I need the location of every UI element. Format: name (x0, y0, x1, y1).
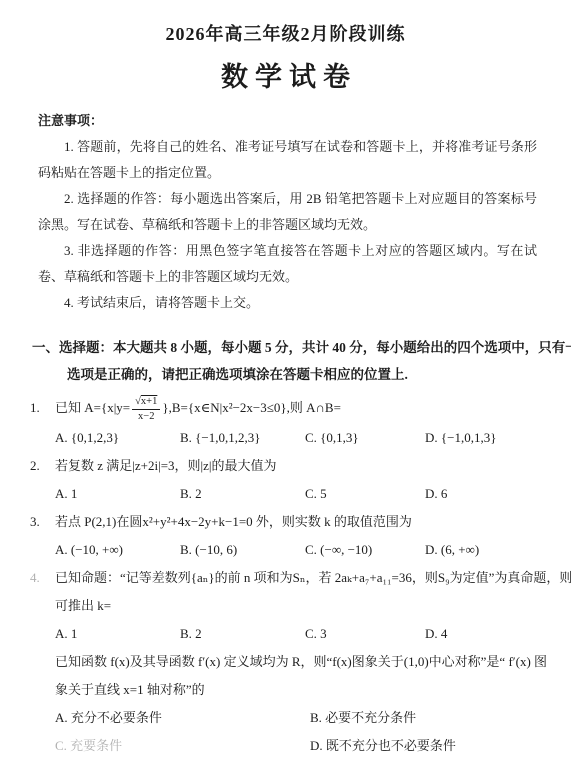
question-2-option-c: C. 5 (305, 480, 425, 508)
question-2-options: A. 1 B. 2 C. 5 D. 6 (55, 480, 571, 508)
question-3-stem-text: 若点 P(2,1)在圆x²+y²+4x−2y+k−1=0 外，则实数 k 的取值… (55, 514, 412, 529)
fraction: √x+1x−2 (132, 396, 160, 423)
question-4-stem-text-2: 可推出 k= (55, 598, 111, 613)
question-4-stem-text-1: 已知命题：“记等差数列{aₙ}的前 n 项和为Sₙ，若 2aₖ+a₇+a₁₁=3… (55, 570, 571, 585)
question-2-number: 2. (30, 452, 55, 480)
question-4-option-d: D. 4 (425, 620, 571, 648)
exam-paper-page: 2026年高三年级2月阶段训练 数学试卷 注意事项： 1. 答题前，先将自己的姓… (0, 0, 571, 762)
question-1-options: A. {0,1,2,3} B. {−1,0,1,2,3} C. {0,1,3} … (55, 424, 571, 452)
question-5-stem-line-2: 象关于直线 x=1 轴对称”的 (30, 676, 571, 704)
question-1-stem-post: },B={x∈N|x²−2x−3≤0},则 A∩B= (162, 400, 341, 415)
question-4-number: 4. (30, 564, 55, 592)
question-3-option-d: D. (6, +∞) (425, 536, 571, 564)
question-2-option-d: D. 6 (425, 480, 571, 508)
question-5-options: A. 充分不必要条件 B. 必要不充分条件 C. 充要条件 D. 既不充分也不必… (55, 704, 571, 760)
question-3-number: 3. (30, 508, 55, 536)
section-one-heading: 一、选择题：本大题共 8 小题，每小题 5 分，共计 40 分，每小题给出的四个… (32, 334, 541, 388)
question-1-option-d: D. {−1,0,1,3} (425, 424, 571, 452)
question-2-stem-text: 若复数 z 满足|z+2i|=3，则|z|的最大值为 (55, 458, 277, 473)
question-1: 1.已知 A={x|y=√x+1x−2},B={x∈N|x²−2x−3≤0},则… (30, 392, 571, 452)
exam-title: 2026年高三年级2月阶段训练 (0, 20, 571, 46)
question-5-option-a: A. 充分不必要条件 (55, 704, 310, 732)
notice-item-1: 1. 答题前，先将自己的姓名、准考证号填写在试卷和答题卡上，并将准考证号条形码粘… (38, 134, 537, 186)
radicand: x+1 (141, 396, 157, 407)
section-heading-line-1: 一、选择题：本大题共 8 小题，每小题 5 分，共计 40 分，每小题给出的四个… (32, 334, 541, 361)
fraction-numerator: √x+1 (132, 396, 160, 410)
question-3-option-c: C. (−∞, −10) (305, 536, 425, 564)
question-4-option-c: C. 3 (305, 620, 425, 648)
section-heading-line-2: 选项是正确的，请把正确选项填涂在答题卡相应的位置上. (32, 361, 541, 388)
notice-item-4: 4. 考试结束后，请将答题卡上交。 (38, 290, 537, 316)
question-4-option-b: B. 2 (180, 620, 305, 648)
question-4-stem-line-2: 可推出 k= (30, 592, 571, 620)
question-1-option-b: B. {−1,0,1,2,3} (180, 424, 305, 452)
question-2-option-b: B. 2 (180, 480, 305, 508)
question-3-option-a: A. (−10, +∞) (55, 536, 180, 564)
question-3-options: A. (−10, +∞) B. (−10, 6) C. (−∞, −10) D.… (55, 536, 571, 564)
question-2: 2.若复数 z 满足|z+2i|=3，则|z|的最大值为 A. 1 B. 2 C… (30, 452, 571, 508)
notices-section: 注意事项： 1. 答题前，先将自己的姓名、准考证号填写在试卷和答题卡上，并将准考… (38, 108, 537, 316)
question-5-option-b: B. 必要不充分条件 (310, 704, 571, 732)
question-5-stem-line-1: 已知函数 f(x)及其导函数 f′(x) 定义域均为 R，则“f(x)图象关于(… (30, 648, 571, 676)
notice-item-3: 3. 非选择题的作答：用黑色签字笔直接答在答题卡上对应的答题区域内。写在试卷、草… (38, 238, 537, 290)
fraction-denominator: x−2 (132, 410, 160, 423)
question-list: 1.已知 A={x|y=√x+1x−2},B={x∈N|x²−2x−3≤0},则… (30, 392, 571, 760)
notice-item-2: 2. 选择题的作答：每小题选出答案后，用 2B 铅笔把答题卡上对应题目的答案标号… (38, 186, 537, 238)
question-1-stem-pre: 已知 A={x|y= (55, 400, 130, 415)
question-2-stem: 2.若复数 z 满足|z+2i|=3，则|z|的最大值为 (30, 452, 571, 480)
question-3-stem: 3.若点 P(2,1)在圆x²+y²+4x−2y+k−1=0 外，则实数 k 的… (30, 508, 571, 536)
question-5-stem-text-2: 象关于直线 x=1 轴对称”的 (55, 682, 205, 697)
question-3: 3.若点 P(2,1)在圆x²+y²+4x−2y+k−1=0 外，则实数 k 的… (30, 508, 571, 564)
question-4-stem-line-1: 4.已知命题：“记等差数列{aₙ}的前 n 项和为Sₙ，若 2aₖ+a₇+a₁₁… (30, 564, 571, 592)
question-1-option-c: C. {0,1,3} (305, 424, 425, 452)
question-5: 已知函数 f(x)及其导函数 f′(x) 定义域均为 R，则“f(x)图象关于(… (30, 648, 571, 760)
question-5-option-c: C. 充要条件 (55, 732, 310, 760)
question-5-option-d: D. 既不充分也不必要条件 (310, 732, 571, 760)
question-4-options: A. 1 B. 2 C. 3 D. 4 (55, 620, 571, 648)
question-5-stem-text-1: 已知函数 f(x)及其导函数 f′(x) 定义域均为 R，则“f(x)图象关于(… (55, 654, 547, 669)
question-3-option-b: B. (−10, 6) (180, 536, 305, 564)
question-4-option-a: A. 1 (55, 620, 180, 648)
question-2-option-a: A. 1 (55, 480, 180, 508)
question-4: 4.已知命题：“记等差数列{aₙ}的前 n 项和为Sₙ，若 2aₖ+a₇+a₁₁… (30, 564, 571, 648)
question-1-number: 1. (30, 392, 55, 424)
question-1-option-a: A. {0,1,2,3} (55, 424, 180, 452)
exam-subtitle: 数学试卷 (0, 55, 571, 94)
question-1-stem: 1.已知 A={x|y=√x+1x−2},B={x∈N|x²−2x−3≤0},则… (30, 392, 571, 424)
notices-heading: 注意事项： (38, 108, 537, 134)
